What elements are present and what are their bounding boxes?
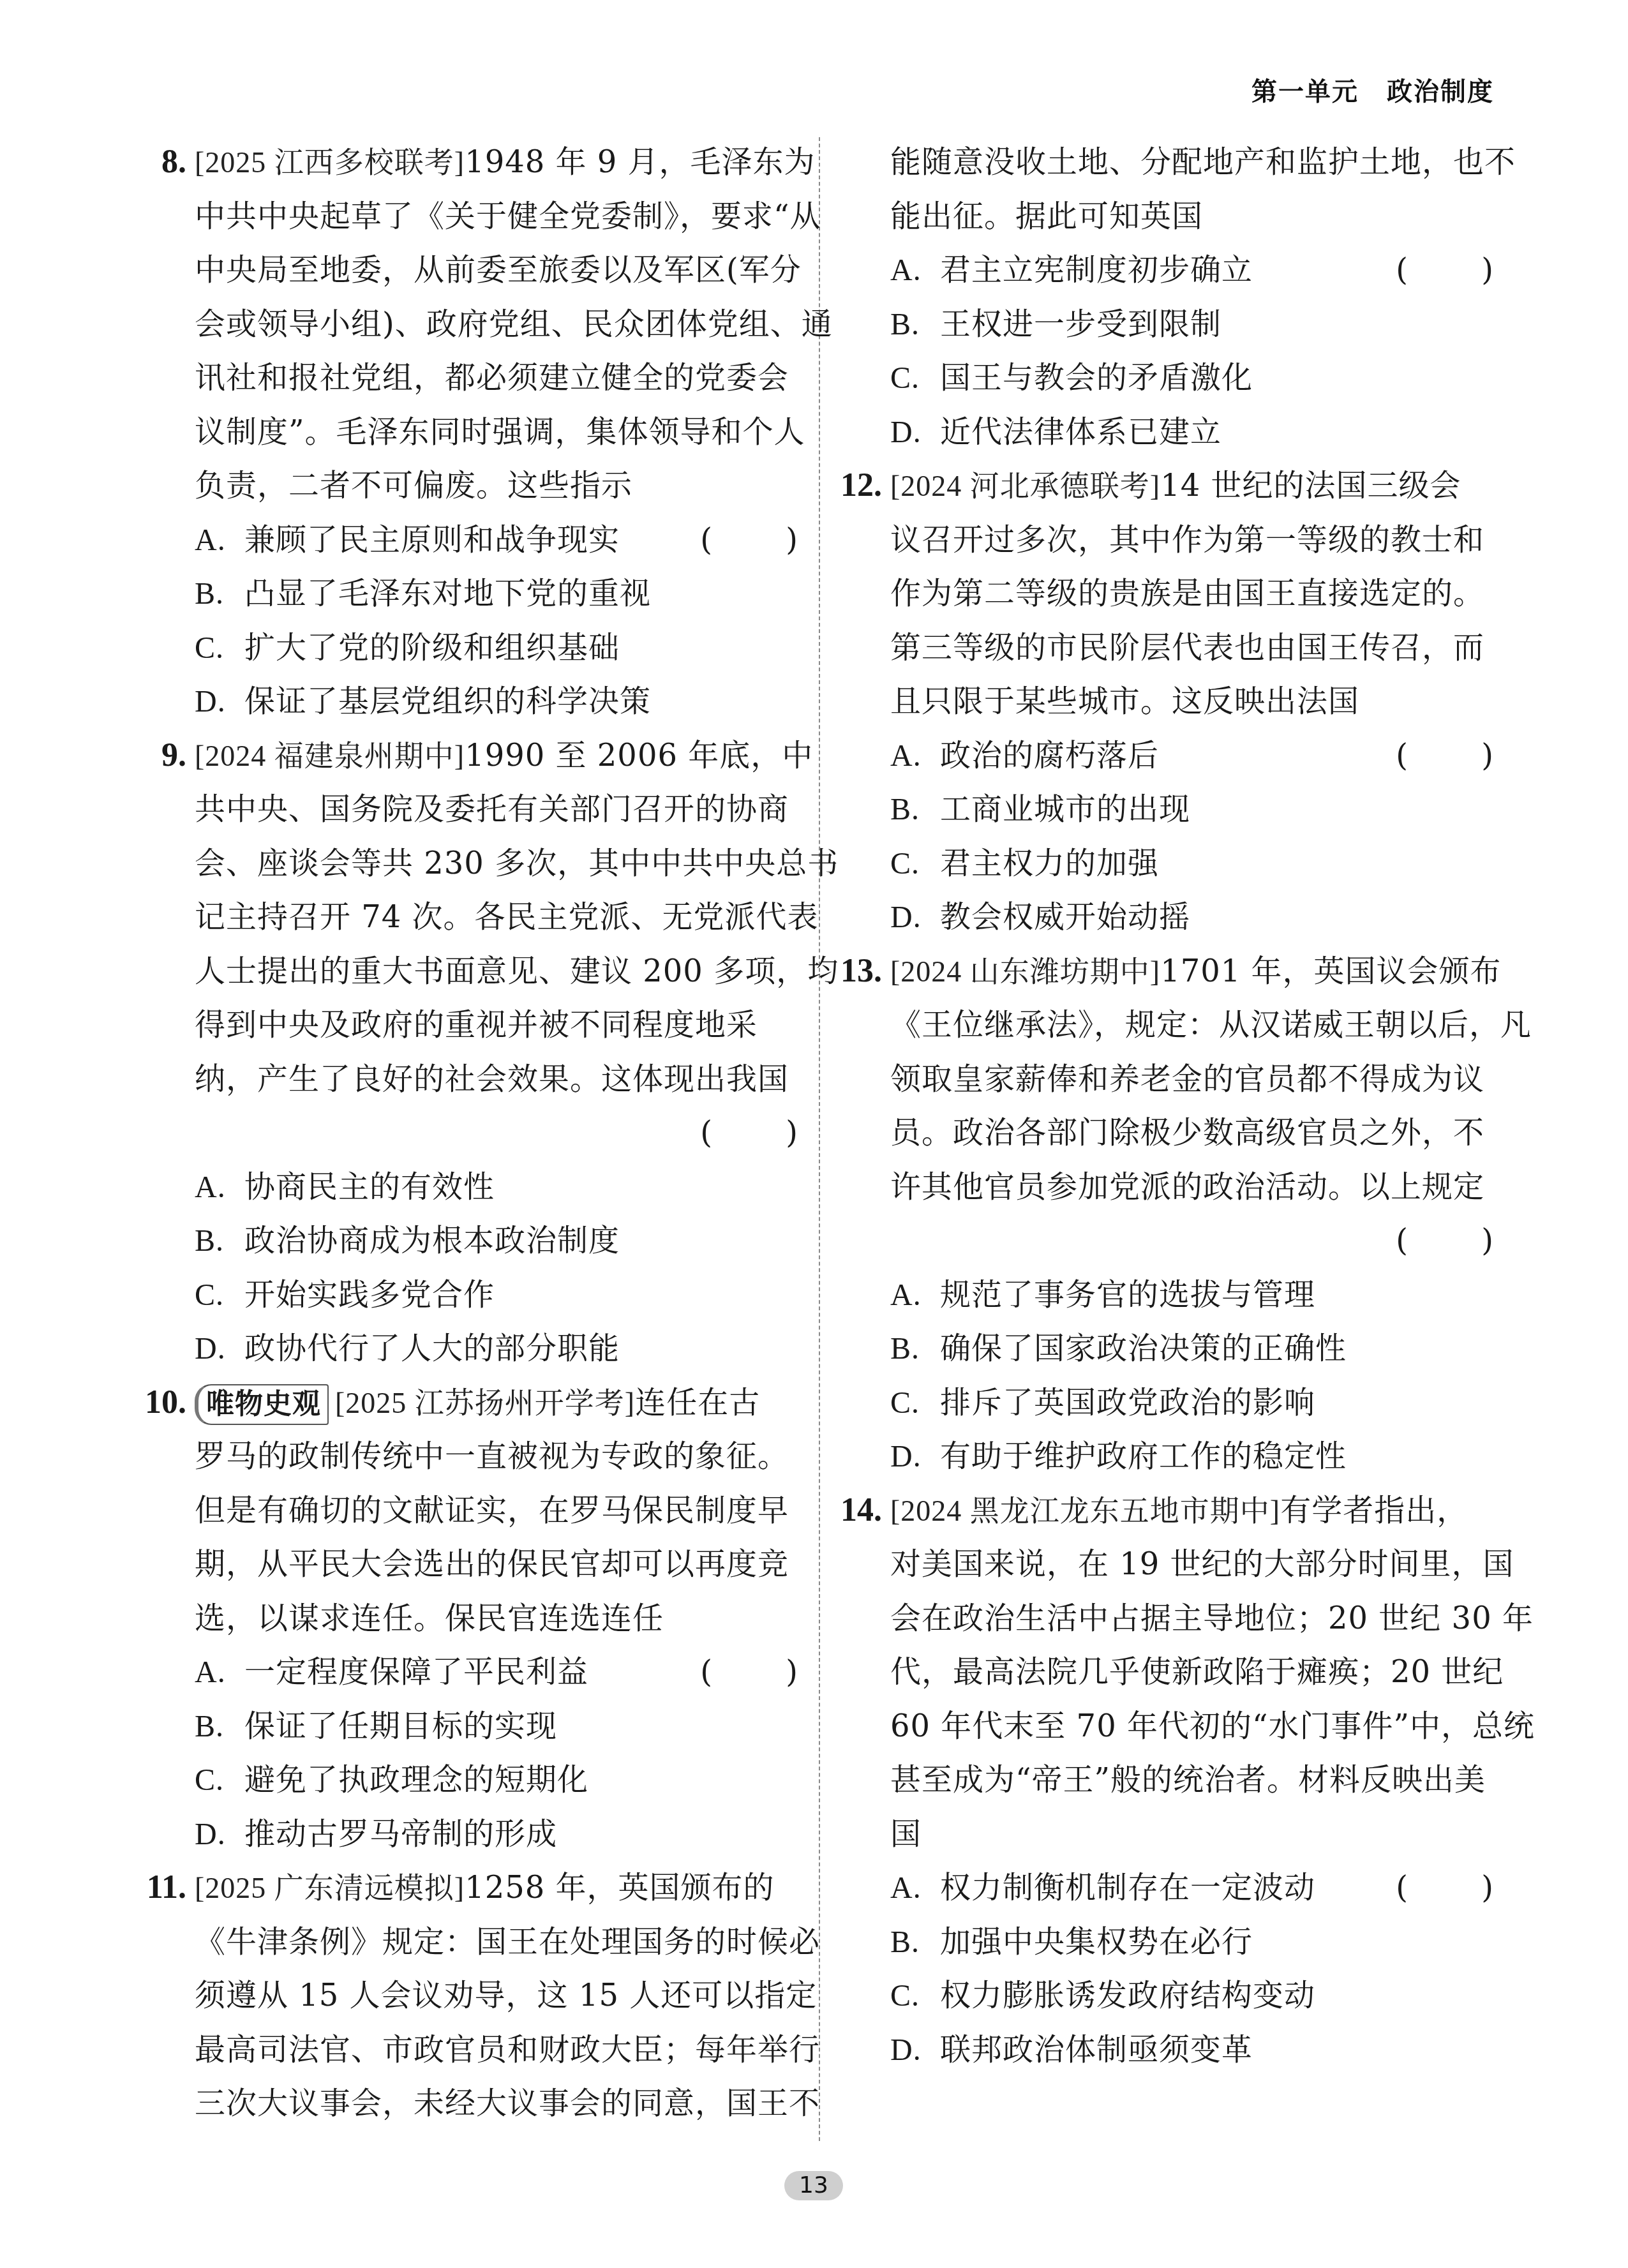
answer-blank[interactable]: ( ) [700,1645,830,1699]
option-c[interactable]: C.权力膨胀诱发政府结构变动 [849,1969,1525,2023]
question-stem-line: 三次大议事会，未经大议事会的同意，国王不 [153,2077,830,2131]
option-c[interactable]: C.君主权力的加强 [849,837,1525,891]
question-stem-line: 最高司法官、市政官员和财政大臣；每年举行 [153,2023,830,2077]
question-number: 8. [140,135,186,190]
question-stem-line: [2025 江西多校联考]1948 年 9 月，毛泽东为 [153,135,830,190]
question-stem-line: 记主持召开 74 次。各民主党派、无党派代表 [153,890,830,944]
question-stem-line: 唯物史观[2025 江苏扬州开学考]连任在古 [153,1376,830,1430]
question-source: [2025 广东清远模拟] [195,1872,465,1904]
question-10: 10. 唯物史观[2025 江苏扬州开学考]连任在古 罗马的政制传统中一直被视为… [153,1376,830,1861]
question-stem-line: 第三等级的市民阶层代表也由国王传召，而 [849,621,1525,675]
question-stem-line: [2024 山东潍坊期中]1701 年，英国议会颁布 [849,944,1525,999]
running-header: 第一单元政治制度 [1251,71,1494,108]
question-11-continued: 能随意没收土地、分配地产和监护土地，也不 能出征。据此可知英国( ) A.君主立… [849,135,1525,459]
question-source: [2024 山东潍坊期中] [890,955,1160,988]
option-c[interactable]: C.国王与教会的矛盾激化 [849,351,1525,405]
option-c[interactable]: C.扩大了党的阶级和组织基础 [153,621,830,675]
question-stem-line: [2024 河北承德联考]14 世纪的法国三级会 [849,459,1525,513]
question-stem-line: 但是有确切的文献证实，在罗马保民制度早 [153,1484,830,1538]
left-column: 8. [2025 江西多校联考]1948 年 9 月，毛泽东为 中共中央起草了《… [153,135,830,2131]
question-stem-line: 纳，产生了良好的社会效果。这体现出我国 [153,1052,830,1107]
option-b[interactable]: B.王权进一步受到限制 [849,297,1525,352]
option-d[interactable]: D.近代法律体系已建立 [849,405,1525,459]
question-stem-line: 员。政治各部门除极少数高级官员之外，不 [849,1106,1525,1160]
question-number: 14. [823,1484,882,1538]
option-b[interactable]: B.保证了任期目标的实现 [153,1699,830,1754]
question-stem-line: [2024 福建泉州期中]1990 至 2006 年底，中 [153,729,830,783]
question-11: 11. [2025 广东清远模拟]1258 年，英国颁布的 《牛津条例》规定：国… [153,1861,830,2131]
question-stem-line: 甚至成为“帝王”般的统治者。材料反映出美 [849,1753,1525,1807]
option-b[interactable]: B.政治协商成为根本政治制度 [153,1214,830,1268]
question-stem-line: 能随意没收土地、分配地产和监护土地，也不 [849,135,1525,190]
option-d[interactable]: D.有助于维护政府工作的稳定性 [849,1429,1525,1484]
option-a[interactable]: A.协商民主的有效性 [153,1160,830,1214]
page-number: 13 [784,2171,843,2200]
question-stem-line: 罗马的政制传统中一直被视为专政的象征。 [153,1429,830,1484]
option-b[interactable]: B.确保了国家政治决策的正确性 [849,1322,1525,1376]
question-source: [2024 河北承德联考] [890,470,1160,502]
option-b[interactable]: B.凸显了毛泽东对地下党的重视 [153,567,830,621]
answer-blank[interactable]: ( ) [1396,729,1525,783]
question-stem-line: 会在政治生活中占据主导地位；20 世纪 30 年 [849,1592,1525,1646]
option-c[interactable]: C.开始实践多党合作 [153,1268,830,1322]
question-stem-line: 得到中央及政府的重视并被不同程度地采 [153,998,830,1052]
question-stem-line: [2024 黑龙江龙东五地市期中]有学者指出， [849,1484,1525,1538]
question-stem-line: 负责，二者不可偏废。这些指示 [153,459,830,513]
question-stem-line: 对美国来说，在 19 世纪的大部分时间里，国 [849,1537,1525,1592]
question-stem-line: 中共中央起草了《关于健全党委制》，要求“从 [153,190,830,244]
option-d[interactable]: D.推动古罗马帝制的形成 [153,1807,830,1861]
question-13: 13. [2024 山东潍坊期中]1701 年，英国议会颁布 《王位继承法》，规… [849,944,1525,1484]
option-d[interactable]: D.政协代行了人大的部分职能 [153,1322,830,1376]
question-stem-line: 选，以谋求连任。保民官连选连任 [153,1592,830,1646]
question-stem-line: 60 年代末至 70 年代初的“水门事件”中，总统 [849,1699,1525,1754]
question-8: 8. [2025 江西多校联考]1948 年 9 月，毛泽东为 中共中央起草了《… [153,135,830,729]
question-12: 12. [2024 河北承德联考]14 世纪的法国三级会 议召开过多次，其中作为… [849,459,1525,944]
answer-blank[interactable]: ( ) [1396,1861,1525,1915]
question-number: 13. [823,944,882,999]
answer-blank[interactable]: ( ) [700,1106,830,1160]
question-source: [2025 江西多校联考] [195,146,465,179]
question-number: 9. [140,729,186,783]
question-stem-line: 须遵从 15 人会议劝导，这 15 人还可以指定 [153,1969,830,2023]
question-9: 9. [2024 福建泉州期中]1990 至 2006 年底，中 共中央、国务院… [153,729,830,1376]
category-tag: 唯物史观 [195,1384,329,1425]
question-number: 12. [823,459,882,513]
question-stem-line: 《王位继承法》，规定：从汉诺威王朝以后，凡 [849,998,1525,1052]
question-stem-line: 讯社和报社党组，都必须建立健全的党委会 [153,351,830,405]
question-stem-line: 中央局至地委，从前委至旅委以及军区(军分 [153,243,830,297]
option-b[interactable]: B.工商业城市的出现 [849,782,1525,837]
question-stem-line: 代，最高法院几乎使新政陷于瘫痪；20 世纪 [849,1645,1525,1699]
question-source: [2024 福建泉州期中] [195,740,465,772]
question-stem-line: 共中央、国务院及委托有关部门召开的协商 [153,782,830,837]
answer-blank[interactable]: ( ) [1396,1214,1525,1268]
question-stem-line: 国 [849,1807,1525,1861]
question-number: 11. [128,1861,186,1915]
option-d[interactable]: D.教会权威开始动摇 [849,890,1525,944]
option-a[interactable]: A.规范了事务官的选拔与管理 [849,1268,1525,1322]
question-stem-line: 期，从平民大会选出的保民官却可以再度竞 [153,1537,830,1592]
question-14: 14. [2024 黑龙江龙东五地市期中]有学者指出， 对美国来说，在 19 世… [849,1484,1525,2077]
question-stem-line: 且只限于某些城市。这反映出法国 [849,675,1525,729]
option-d[interactable]: D.保证了基层党组织的科学决策 [153,675,830,729]
question-stem-line: 《牛津条例》规定：国王在处理国务的时候必 [153,1915,830,1969]
unit-label: 第一单元 [1251,77,1359,107]
option-c[interactable]: C.排斥了英国政党政治的影响 [849,1376,1525,1430]
option-d[interactable]: D.联邦政治体制亟须变革 [849,2023,1525,2077]
question-number: 10. [128,1376,186,1430]
question-source: [2025 江苏扬州开学考] [335,1387,635,1419]
option-c[interactable]: C.避免了执政理念的短期化 [153,1753,830,1807]
unit-topic: 政治制度 [1387,77,1494,107]
question-stem-line: 领取皇家薪俸和养老金的官员都不得成为议 [849,1052,1525,1107]
question-source: [2024 黑龙江龙东五地市期中] [890,1495,1280,1527]
option-b[interactable]: B.加强中央集权势在必行 [849,1915,1525,1969]
question-stem-line: [2025 广东清远模拟]1258 年，英国颁布的 [153,1861,830,1915]
answer-blank[interactable]: ( ) [700,513,830,567]
right-column: 能随意没收土地、分配地产和监护土地，也不 能出征。据此可知英国( ) A.君主立… [849,135,1525,2077]
question-stem-line: 议召开过多次，其中作为第一等级的教士和 [849,513,1525,567]
question-stem-line: 人士提出的重大书面意见、建议 200 多项，均 [153,944,830,999]
question-stem-line: 作为第二等级的贵族是由国王直接选定的。 [849,567,1525,621]
question-stem-line: 议制度”。毛泽东同时强调，集体领导和个人 [153,405,830,459]
question-stem-line: 能出征。据此可知英国 [849,190,1525,244]
question-stem-line: 许其他官员参加党派的政治活动。以上规定 [849,1160,1525,1214]
answer-blank[interactable]: ( ) [1396,243,1525,297]
question-stem-line: 会或领导小组)、政府党组、民众团体党组、通 [153,297,830,352]
question-stem-line: 会、座谈会等共 230 多次，其中中共中央总书 [153,837,830,891]
